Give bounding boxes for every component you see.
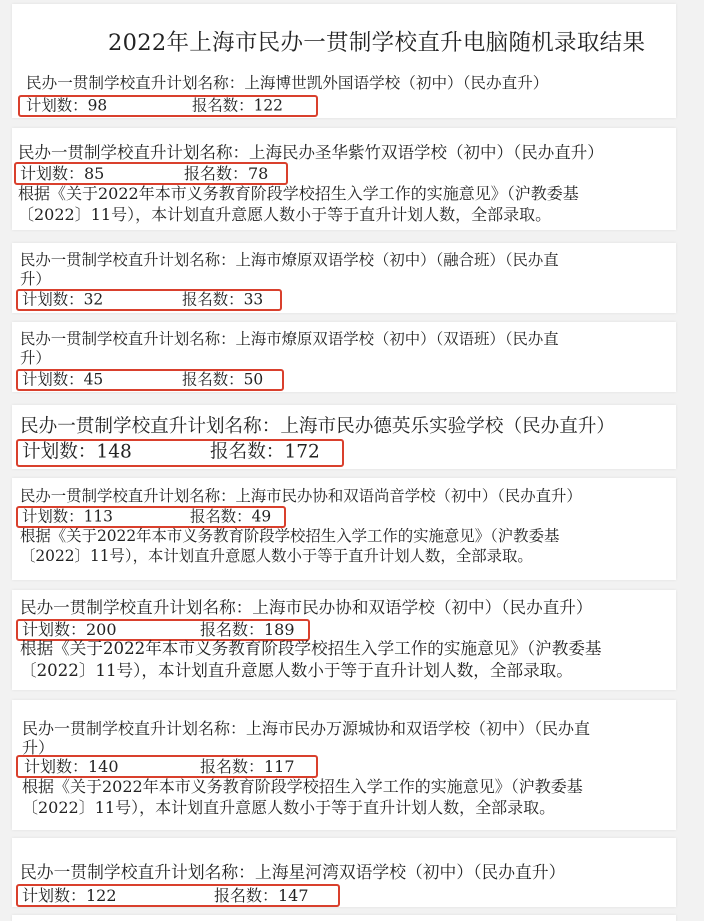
signup-count: 报名数：172 xyxy=(210,444,320,463)
result-card-3: 民办一贯制学校直升计划名称：上海市燎原双语学校（初中）（融合班）（民办直 升） … xyxy=(12,243,676,313)
plan-name-wrap: 升） xyxy=(22,740,54,756)
counts-highlight-box: 计划数：122 报名数：147 xyxy=(16,884,340,907)
counts-highlight-box: 计划数：32 报名数：33 xyxy=(16,289,282,311)
plan-name: 民办一贯制学校直升计划名称：上海市燎原双语学校（初中）（融合班）（民办直 xyxy=(20,253,559,268)
result-card-next-partial xyxy=(12,915,676,921)
plan-count: 计划数：148 xyxy=(22,444,132,463)
result-card-7: 民办一贯制学校直升计划名称：上海市民办协和双语学校（初中）（民办直升） 计划数：… xyxy=(12,590,676,690)
plan-name: 民办一贯制学校直升计划名称：上海市民办德英乐实验学校（民办直升） xyxy=(20,418,615,437)
counts-highlight-box: 计划数：45 报名数：50 xyxy=(16,369,284,391)
signup-count: 报名数：78 xyxy=(184,166,268,182)
signup-count: 报名数：117 xyxy=(200,759,295,775)
signup-count: 报名数：147 xyxy=(214,888,309,904)
plan-count: 计划数：200 xyxy=(22,622,117,638)
result-card-8: 民办一贯制学校直升计划名称：上海市民办万源城协和双语学校（初中）（民办直 升） … xyxy=(12,700,676,830)
plan-name-wrap: 升） xyxy=(20,351,51,366)
plan-count: 计划数：113 xyxy=(22,509,113,524)
result-card-5: 民办一贯制学校直升计划名称：上海市民办德英乐实验学校（民办直升） 计划数：148… xyxy=(12,405,676,469)
counts-highlight-box: 计划数：85 报名数：78 xyxy=(14,162,288,185)
result-card-1: 2022年上海市民办一贯制学校直升电脑随机录取结果 民办一贯制学校直升计划名称：… xyxy=(12,4,676,118)
plan-name: 民办一贯制学校直升计划名称：上海市民办万源城协和双语学校（初中）（民办直 xyxy=(22,721,590,737)
result-card-2: 民办一贯制学校直升计划名称：上海民办圣华紫竹双语学校（初中）（民办直升） 计划数… xyxy=(12,128,676,230)
signup-count: 报名数：49 xyxy=(190,509,271,524)
result-card-9: 民办一贯制学校直升计划名称：上海星河湾双语学校（初中）（民办直升） 计划数：12… xyxy=(12,838,676,907)
note-text: 根据《关于2022年本市义务教育阶段学校招生入学工作的实施意见》（沪教委基 xyxy=(22,779,583,795)
signup-count: 报名数：122 xyxy=(192,98,283,113)
note-text: 〔2022〕11号），本计划直升意愿人数小于等于直升计划人数，全部录取。 xyxy=(20,549,533,564)
plan-count: 计划数：32 xyxy=(22,292,103,307)
page-title: 2022年上海市民办一贯制学校直升电脑随机录取结果 xyxy=(108,32,645,55)
plan-count: 计划数：140 xyxy=(24,759,119,775)
plan-name: 民办一贯制学校直升计划名称：上海市民办协和双语学校（初中）（民办直升） xyxy=(20,600,592,617)
result-card-4: 民办一贯制学校直升计划名称：上海市燎原双语学校（初中）（双语班）（民办直 升） … xyxy=(12,322,676,392)
plan-name: 民办一贯制学校直升计划名称：上海星河湾双语学校（初中）（民办直升） xyxy=(20,864,565,881)
signup-count: 报名数：189 xyxy=(200,622,295,638)
plan-count: 计划数：98 xyxy=(26,98,107,113)
result-card-6: 民办一贯制学校直升计划名称：上海市民办协和双语尚音学校（初中）（民办直升） 计划… xyxy=(12,478,676,580)
counts-highlight-box: 计划数：148 报名数：172 xyxy=(16,439,344,467)
plan-name-wrap: 升） xyxy=(20,272,51,287)
note-text: 〔2022〕11号），本计划直升意愿人数小于等于直升计划人数，全部录取。 xyxy=(18,207,551,223)
counts-highlight-box: 计划数：113 报名数：49 xyxy=(16,506,286,528)
plan-count: 计划数：85 xyxy=(20,166,104,182)
counts-highlight-box: 计划数：140 报名数：117 xyxy=(16,755,318,778)
note-text: 根据《关于2022年本市义务教育阶段学校招生入学工作的实施意见》（沪教委基 xyxy=(20,529,559,544)
note-text: 根据《关于2022年本市义务教育阶段学校招生入学工作的实施意见》（沪教委基 xyxy=(20,641,602,658)
plan-name: 民办一贯制学校直升计划名称：上海民办圣华紫竹双语学校（初中）（民办直升） xyxy=(18,145,604,162)
note-text: 〔2022〕11号），本计划直升意愿人数小于等于直升计划人数，全部录取。 xyxy=(22,800,555,816)
plan-name: 民办一贯制学校直升计划名称：上海市燎原双语学校（初中）（双语班）（民办直 xyxy=(20,332,559,347)
plan-name: 民办一贯制学校直升计划名称：上海市民办协和双语尚音学校（初中）（民办直升） xyxy=(20,489,582,504)
note-text: 根据《关于2022年本市义务教育阶段学校招生入学工作的实施意见》（沪教委基 xyxy=(18,186,579,202)
counts-highlight-box: 计划数：98 报名数：122 xyxy=(18,95,318,117)
signup-count: 报名数：33 xyxy=(182,292,263,307)
note-text: 〔2022〕11号），本计划直升意愿人数小于等于直升计划人数，全部录取。 xyxy=(20,663,573,680)
plan-count: 计划数：45 xyxy=(22,372,103,387)
plan-count: 计划数：122 xyxy=(22,888,117,904)
signup-count: 报名数：50 xyxy=(182,372,263,387)
plan-name: 民办一贯制学校直升计划名称：上海博世凯外国语学校（初中）（民办直升） xyxy=(26,76,548,92)
counts-highlight-box: 计划数：200 报名数：189 xyxy=(16,619,310,641)
